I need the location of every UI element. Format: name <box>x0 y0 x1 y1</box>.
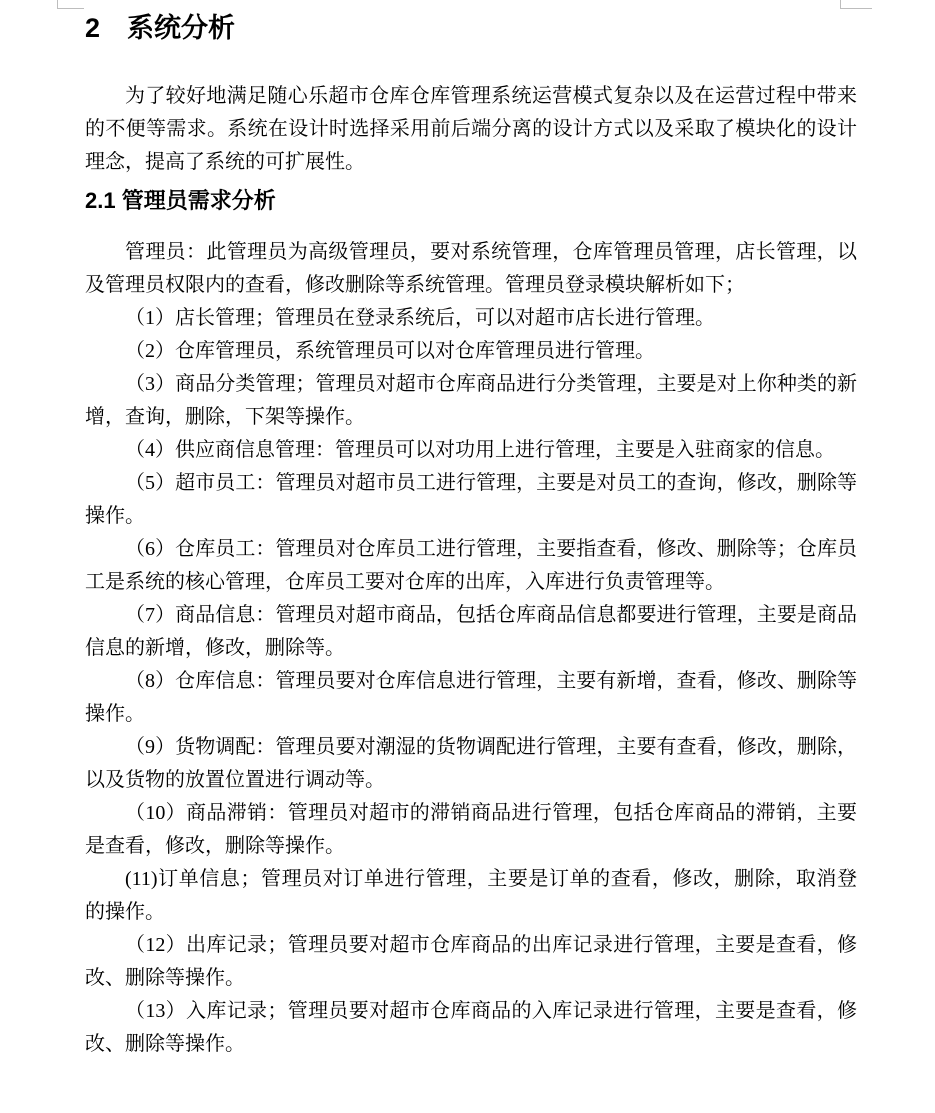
intro-paragraph: 为了较好地满足随心乐超市仓库仓库管理系统运营模式复杂以及在运营过程中带来的不便等… <box>85 80 857 179</box>
admin-overview-paragraph: 管理员：此管理员为高级管理员，要对系统管理，仓库管理员管理，店长管理，以及管理员… <box>85 236 857 302</box>
document-page: 2 系统分析 为了较好地满足随心乐超市仓库仓库管理系统运营模式复杂以及在运营过程… <box>0 0 935 1113</box>
document-content: 2 系统分析 为了较好地满足随心乐超市仓库仓库管理系统运营模式复杂以及在运营过程… <box>85 0 857 1061</box>
page-margin-mark-top-left <box>57 0 84 9</box>
requirement-item-4: （4）供应商信息管理：管理员可以对功用上进行管理，主要是入驻商家的信息。 <box>85 434 857 467</box>
requirement-item-5: （5）超市员工：管理员对超市员工进行管理，主要是对员工的查询，修改，删除等操作。 <box>85 467 857 533</box>
requirement-item-10: （10）商品滞销：管理员对超市的滞销商品进行管理，包括仓库商品的滞销，主要是查看… <box>85 797 857 863</box>
requirement-item-3: （3）商品分类管理；管理员对超市仓库商品进行分类管理，主要是对上你种类的新增，查… <box>85 368 857 434</box>
requirement-item-7: （7）商品信息：管理员对超市商品，包括仓库商品信息都要进行管理，主要是商品信息的… <box>85 599 857 665</box>
requirement-item-13: （13）入库记录；管理员要对超市仓库商品的入库记录进行管理，主要是查看，修改、删… <box>85 995 857 1061</box>
requirement-item-6: （6）仓库员工：管理员对仓库员工进行管理，主要指查看，修改、删除等；仓库员工是系… <box>85 533 857 599</box>
requirement-item-2: （2）仓库管理员，系统管理员可以对仓库管理员进行管理。 <box>85 335 857 368</box>
requirement-item-9: （9）货物调配：管理员要对潮湿的货物调配进行管理，主要有查看，修改，删除，以及货… <box>85 731 857 797</box>
requirement-item-11: (11)订单信息；管理员对订单进行管理，主要是订单的查看，修改，删除，取消登的操… <box>85 863 857 929</box>
requirement-item-8: （8）仓库信息：管理员要对仓库信息进行管理，主要有新增，查看，修改、删除等操作。 <box>85 665 857 731</box>
requirement-item-12: （12）出库记录；管理员要对超市仓库商品的出库记录进行管理，主要是查看，修改、删… <box>85 929 857 995</box>
requirement-item-1: （1）店长管理；管理员在登录系统后，可以对超市店长进行管理。 <box>85 302 857 335</box>
section-heading: 2.1 管理员需求分析 <box>85 187 857 215</box>
chapter-heading: 2 系统分析 <box>85 10 857 46</box>
